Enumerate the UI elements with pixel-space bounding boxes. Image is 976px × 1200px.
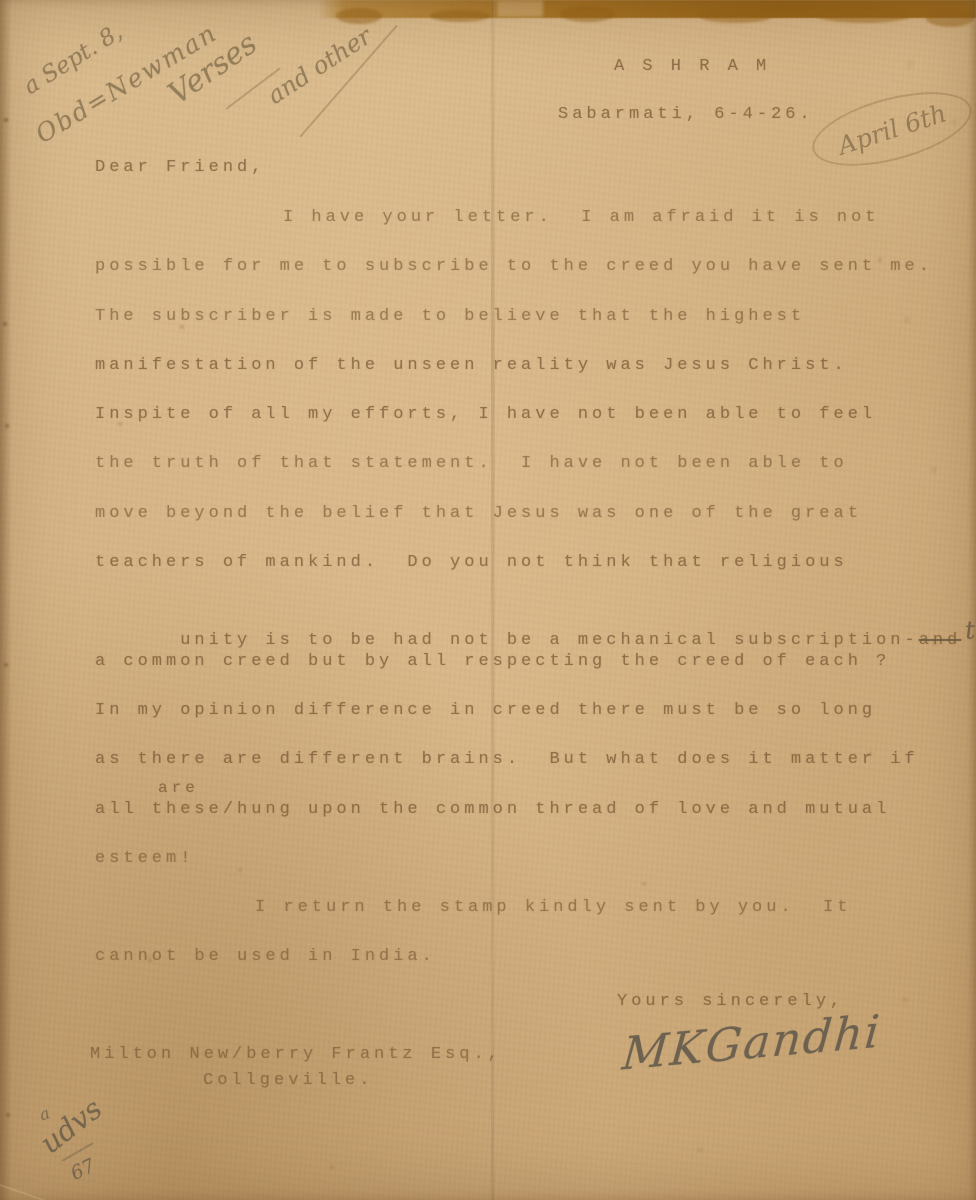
struck-word: and [919,631,962,650]
closing: Yours sincerely, [617,992,844,1011]
body-line: I have your letter. I am afraid it is no… [95,208,955,257]
body-line: as there are different brains. But what … [95,750,955,799]
bottom-scribble-2: udvs [34,1091,109,1160]
stain-blob [336,8,382,24]
date-annotation-circle: April 6th [805,78,976,180]
body-line: manifestation of the unseen reality was … [95,356,955,405]
stain-blob [816,8,911,23]
stain-gap [497,0,543,17]
recipient-line-1: Milton New/berry Frantz Esq., [90,1045,502,1064]
body-line-with-correction: unity is to be had not be a mechanical s… [95,602,955,651]
salutation: Dear Friend, [95,158,265,177]
stain-blob [430,10,490,22]
body-line: move beyond the belief that Jesus was on… [95,504,955,553]
body-line: cannot be used in India. [95,947,955,996]
letter-page: a Sept. 8, Obd=Newman Verses and other A… [0,0,976,1200]
header-dateline: Sabarmati, 6-4-26. [558,105,814,124]
stain-blob [560,6,615,22]
body-line: In my opinion difference in creed there … [95,701,955,750]
body-line: I return the stamp kindly sent by you. I… [95,898,955,947]
bottom-scribble-3: 67 [67,1155,98,1185]
handwritten-correction-to: to [964,615,976,646]
gandhi-signature: MKGandhi [620,1004,883,1080]
body-line: teachers of mankind. Do you not think th… [95,553,955,602]
date-annotation-label: April 6th [834,98,949,160]
stain-blob [926,9,974,27]
body-line: possible for me to subscribe to the cree… [95,257,955,306]
body-line: the truth of that statement. I have not … [95,454,955,503]
header-org: A S H R A M [614,57,770,76]
body-line-text: unity is to be had not be a mechanical s… [180,631,919,650]
left-edge-shadow [0,0,12,1200]
body-line: The subscriber is made to believe that t… [95,307,955,356]
body-line: esteem! [95,849,955,898]
right-edge-shadow [968,0,976,1200]
letter-body: I have your letter. I am afraid it is no… [95,208,955,997]
body-line: a common creed but by all respecting the… [95,652,955,701]
interline-insert-are: are [158,779,199,797]
recipient-line-2: Collgeville. [203,1071,373,1090]
body-line: all these/hung upon the common thread of… [95,800,955,849]
body-line: Inspite of all my efforts, I have not be… [95,405,955,454]
foxing-specks [0,0,4,4]
stain-blob [700,10,772,23]
